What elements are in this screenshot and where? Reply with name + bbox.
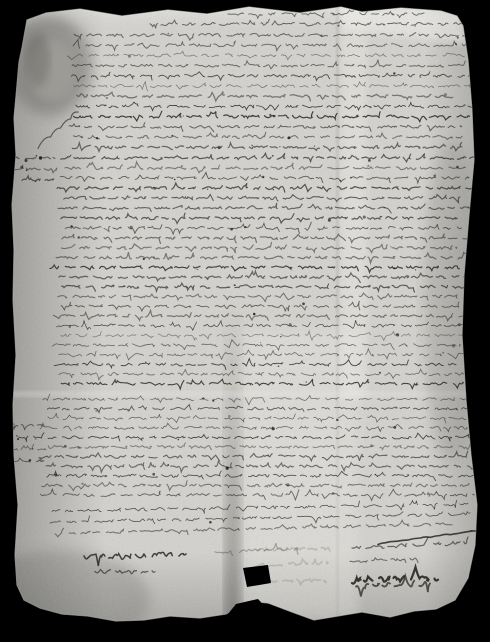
ink-blob <box>319 229 320 230</box>
ink-blob <box>207 278 208 279</box>
ink-blob <box>267 454 269 456</box>
ink-blob <box>35 155 37 157</box>
ink-blob <box>207 189 208 190</box>
ink-stain-edge <box>26 34 50 86</box>
ink-blob <box>427 492 430 495</box>
ink-blob <box>114 427 116 429</box>
ink-blob <box>260 342 261 343</box>
ink-blob <box>367 165 369 167</box>
ink-blob <box>390 246 391 247</box>
ink-blob <box>24 159 27 162</box>
ink-blob <box>273 189 274 190</box>
ink-blob <box>167 464 169 466</box>
ink-blob <box>145 361 147 363</box>
ink-blob <box>209 521 212 524</box>
ink-blob <box>95 409 97 411</box>
ink-blob <box>153 257 155 259</box>
ink-blob <box>16 435 17 436</box>
ink-blob <box>458 323 461 326</box>
ink-blob <box>32 448 34 450</box>
ink-blob <box>332 13 334 15</box>
ink-blob <box>202 398 204 400</box>
ink-blob <box>127 409 129 411</box>
ink-blob <box>228 487 229 488</box>
ink-blob <box>130 116 132 118</box>
ink-blob <box>153 187 156 190</box>
ink-blob <box>35 181 37 183</box>
ink-blob <box>269 114 271 116</box>
ink-blob <box>328 219 331 222</box>
ink-blob <box>228 415 231 418</box>
ink-blob <box>183 115 184 116</box>
ink-blob <box>253 313 256 316</box>
ink-blob <box>26 170 28 172</box>
ink-blob <box>278 365 280 367</box>
ink-blob <box>340 180 341 181</box>
ink-blob <box>20 166 23 169</box>
ink-blob <box>377 476 378 477</box>
manuscript-photo <box>0 0 490 642</box>
ink-blob <box>244 226 246 228</box>
ink-blob <box>226 467 229 470</box>
ink-blob <box>106 97 108 99</box>
ink-blob <box>168 33 170 35</box>
ink-blob <box>289 323 292 326</box>
ink-blob <box>69 326 71 328</box>
ink-blob <box>363 216 366 219</box>
ink-blob <box>39 157 42 160</box>
ink-blob <box>77 236 79 238</box>
ink-blob <box>456 166 459 169</box>
ink-blob <box>40 458 42 460</box>
ink-blob <box>306 381 307 382</box>
ink-blob <box>130 226 133 229</box>
ink-blob <box>384 207 385 208</box>
ink-blob <box>457 36 459 38</box>
ink-blob <box>336 419 339 422</box>
ink-blob <box>174 179 176 181</box>
ink-blob <box>393 267 395 269</box>
ink-blob <box>452 345 455 348</box>
ink-blob <box>218 146 221 149</box>
ink-blob <box>415 269 416 270</box>
ink-blob <box>337 24 339 26</box>
ink-blob <box>29 459 32 462</box>
ink-blob <box>420 76 422 78</box>
ink-blob <box>302 302 305 305</box>
ink-blob <box>379 372 381 374</box>
ink-blob <box>279 146 281 148</box>
ink-blob <box>128 55 131 58</box>
ink-blob <box>288 136 291 139</box>
ink-blob <box>320 35 322 37</box>
ink-blob <box>259 372 261 374</box>
ink-blob <box>234 284 236 286</box>
ink-blob <box>314 146 315 147</box>
ink-blob <box>455 43 457 45</box>
ink-blob <box>230 228 233 231</box>
ink-blob <box>38 177 39 178</box>
ink-blob <box>444 93 447 96</box>
ink-blob <box>332 492 335 495</box>
ink-blob <box>272 155 274 157</box>
ink-blob <box>138 439 139 440</box>
ink-blob <box>70 225 72 227</box>
ink-blob <box>272 427 275 430</box>
ink-blob <box>393 426 396 429</box>
ink-blob <box>375 474 376 475</box>
ink-blob <box>212 400 214 402</box>
ink-blob <box>368 159 371 162</box>
ink-blob <box>350 177 352 179</box>
ink-blob <box>81 483 83 485</box>
ink-blob <box>442 352 444 354</box>
ink-blob <box>262 176 264 178</box>
ink-blob <box>252 115 254 117</box>
ink-blob <box>414 25 415 26</box>
ink-blob <box>197 269 199 271</box>
ink-blob <box>186 287 187 288</box>
ink-blob <box>393 72 395 74</box>
ink-blob <box>178 439 179 440</box>
ink-blob <box>280 336 281 337</box>
ink-blob <box>171 135 173 137</box>
ink-blob <box>143 258 145 260</box>
ink-blob <box>396 333 399 336</box>
ink-blob <box>433 174 436 177</box>
manuscript-photo-stage: 1802 … den 22 … 1802 (mostly illegible c… <box>0 0 490 642</box>
ink-blob <box>17 438 19 440</box>
ink-blob <box>379 429 380 430</box>
ink-blob <box>286 483 289 486</box>
ink-blob <box>29 450 30 451</box>
ink-blob <box>54 474 57 477</box>
ink-blob <box>306 247 308 249</box>
ink-blob <box>64 445 67 448</box>
ink-blob <box>78 447 80 449</box>
ink-blob <box>334 239 336 241</box>
ink-blob <box>370 444 373 447</box>
ink-blob <box>35 438 37 440</box>
ink-blob <box>96 137 98 139</box>
ink-blob <box>152 473 155 476</box>
ink-blob <box>181 165 183 167</box>
ink-blob <box>251 145 253 147</box>
